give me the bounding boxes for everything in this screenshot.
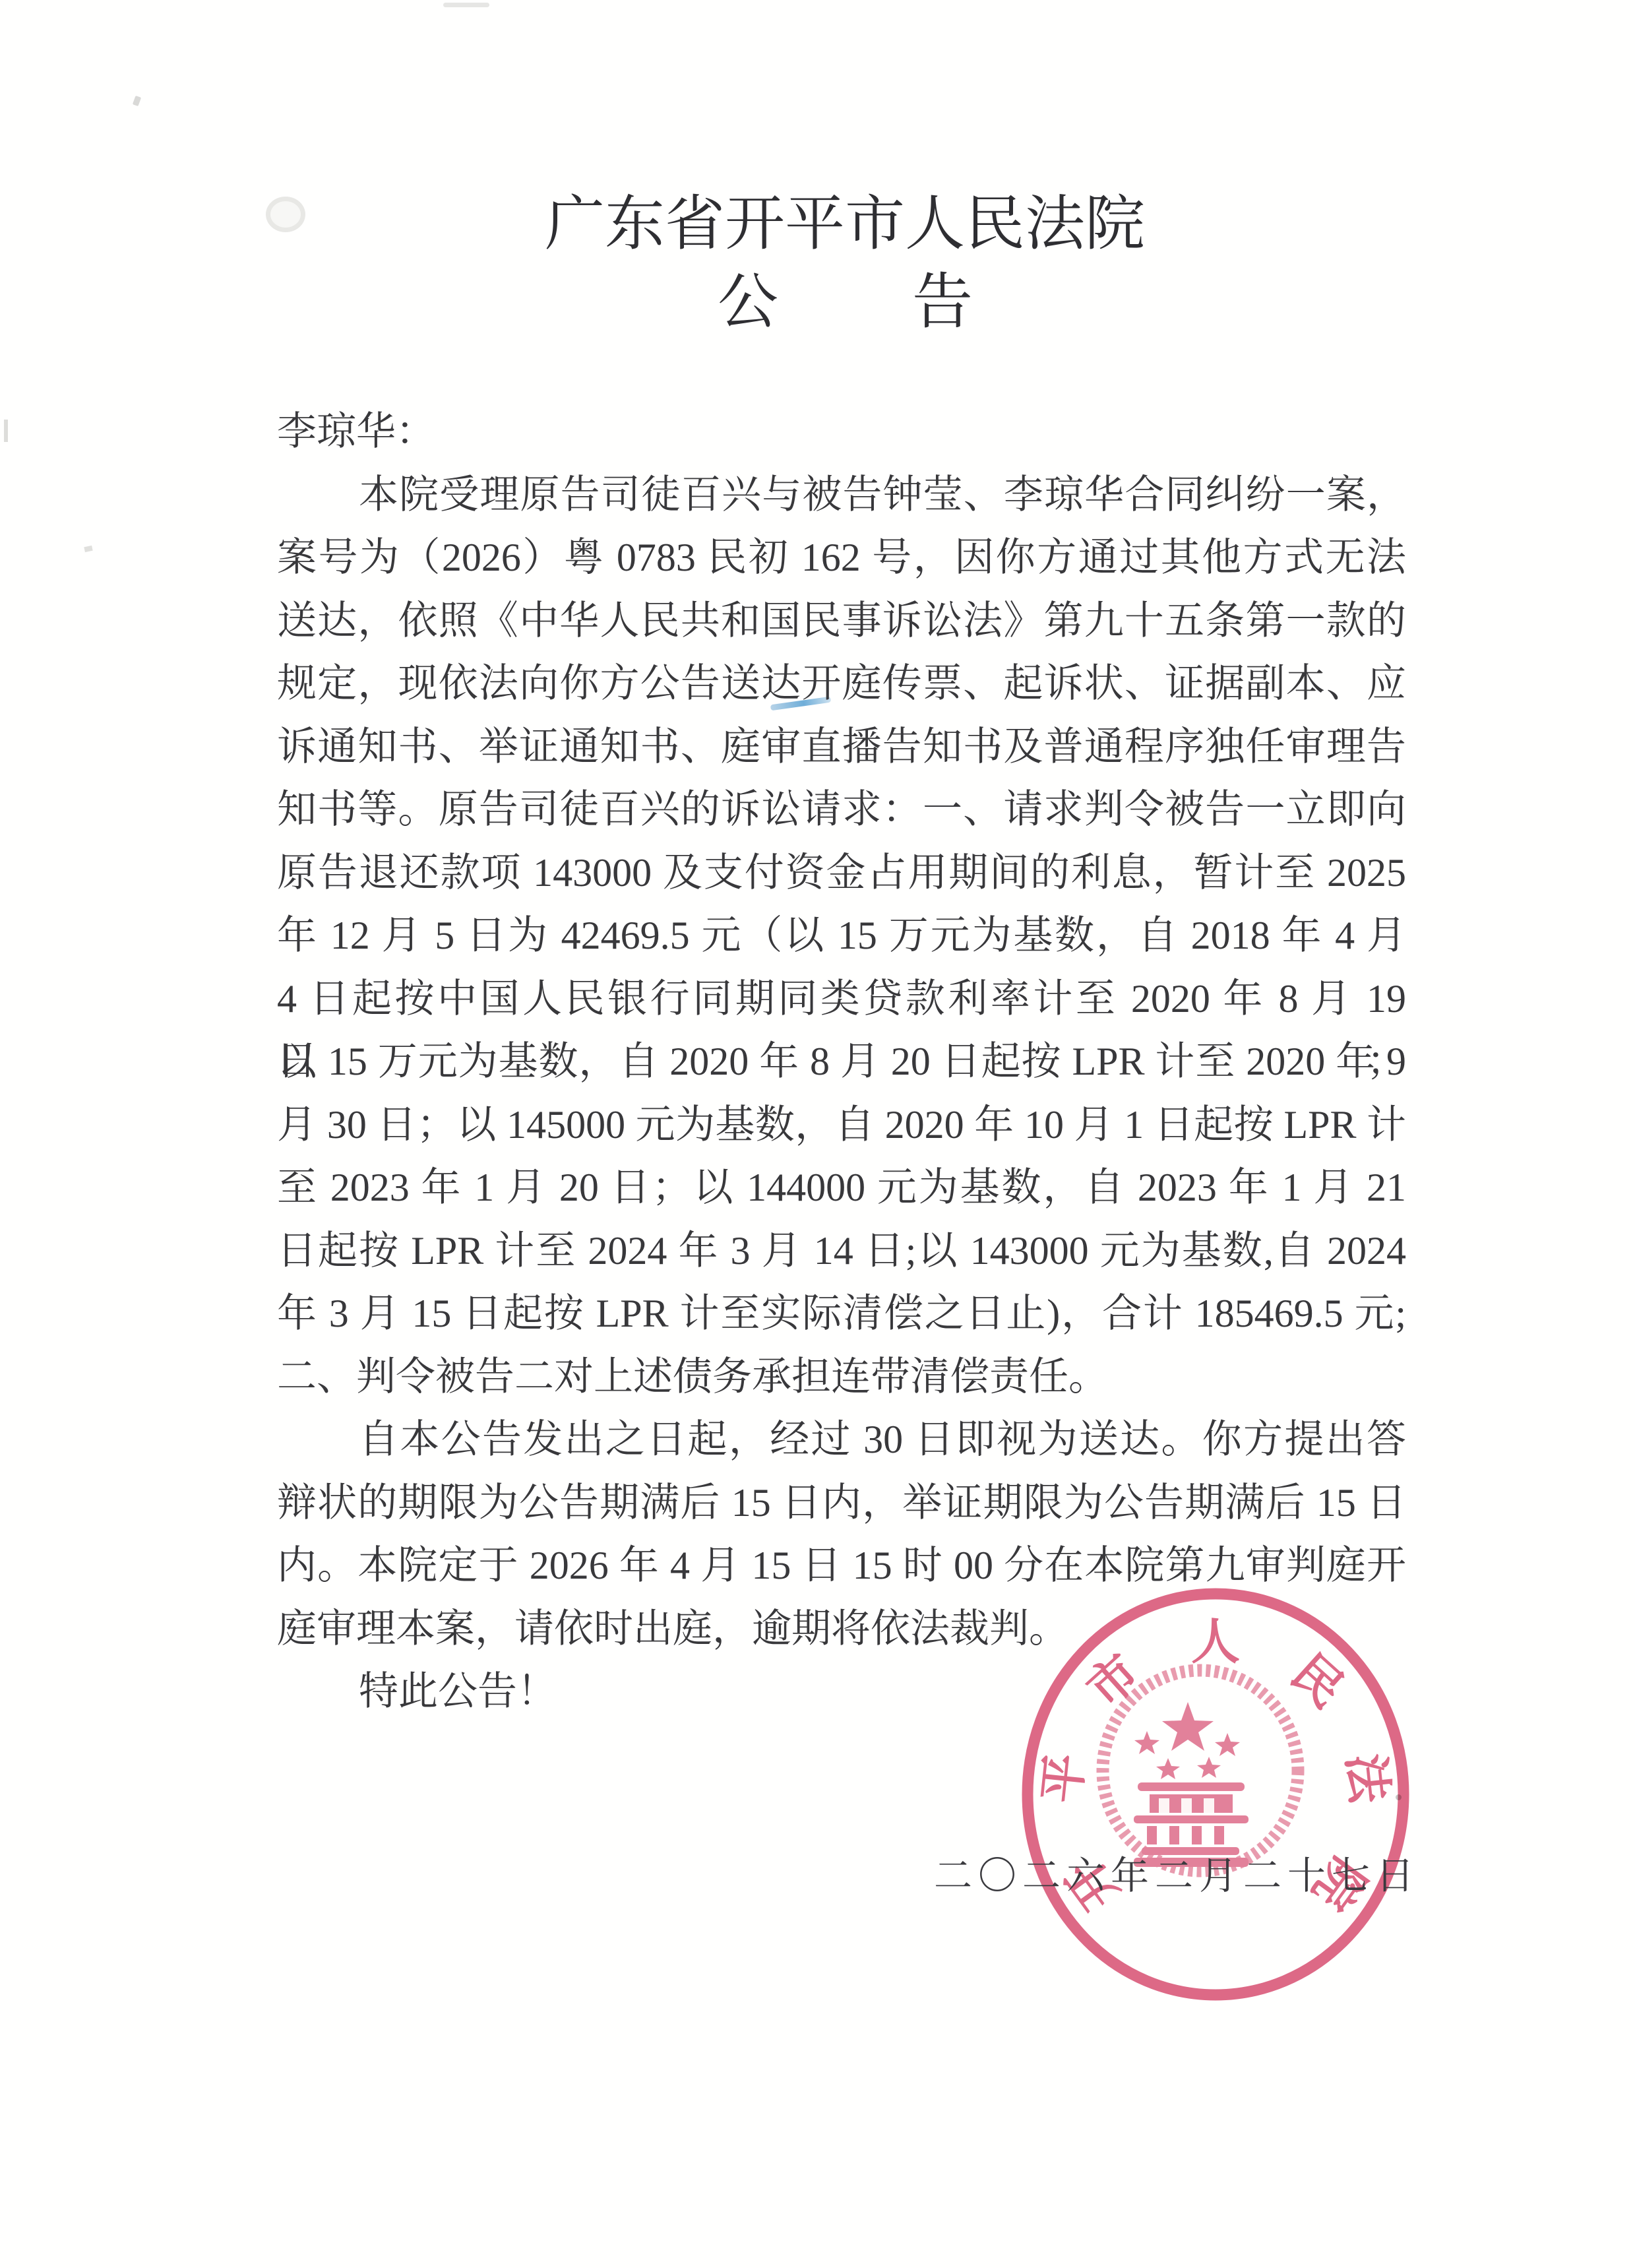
scan-artifact-speck bbox=[4, 420, 8, 442]
salutation: 李琼华： bbox=[277, 400, 1406, 464]
body-line: 二、判令被告二对上述债务承担连带清偿责任。 bbox=[277, 1346, 1406, 1409]
body-line: 本院受理原告司徒百兴与被告钟莹、李琼华合同纠纷一案， bbox=[277, 464, 1406, 527]
body-line: 诉通知书、举证通知书、庭审直播告知书及普通程序独任审理告 bbox=[277, 716, 1406, 779]
announcement-body: 李琼华： 本院受理原告司徒百兴与被告钟莹、李琼华合同纠纷一案， 案号为（2026… bbox=[277, 400, 1406, 1724]
seal-char: 民 bbox=[1281, 1645, 1353, 1718]
body-line: 知书等。原告司徒百兴的诉讼请求：一、请求判令被告一立即向 bbox=[277, 778, 1406, 842]
seal-char: 人 bbox=[1191, 1616, 1240, 1670]
body-line: 至 2023 年 1 月 20 日；以 144000 元为基数，自 2023 年… bbox=[277, 1156, 1406, 1220]
announcement-title-char-2: 告 bbox=[912, 269, 973, 336]
body-line: 辩状的期限为公告期满后 15 日内，举证期限为公告期满后 15 日 bbox=[277, 1472, 1406, 1535]
seal-char: 市 bbox=[1078, 1645, 1150, 1718]
seal-char: 平 bbox=[1035, 1751, 1094, 1806]
scan-artifact-smudge bbox=[266, 197, 305, 232]
announcement-title-char-1: 公 bbox=[718, 269, 778, 336]
court-name-title: 广东省开平市人民法院 bbox=[545, 191, 1145, 257]
announcement-date: 二〇二六年二月二十七日 bbox=[934, 1844, 1420, 1900]
body-line: 4 日起按中国人民银行同期同类贷款利率计至 2020 年 8 月 19 日； bbox=[277, 968, 1406, 1031]
body-line: 月 30 日；以 145000 元为基数，自 2020 年 10 月 1 日起按… bbox=[277, 1094, 1406, 1157]
body-line: 规定，现依法向你方公告送达开庭传票、起诉状、证据副本、应 bbox=[277, 652, 1406, 716]
scan-artifact-speck bbox=[133, 96, 141, 106]
body-line: 案号为（2026）粤 0783 民初 162 号，因你方通过其他方式无法 bbox=[277, 526, 1406, 590]
seal-char: 法 bbox=[1337, 1751, 1396, 1806]
body-line: 自本公告发出之日起，经过 30 日即视为送达。你方提出答 bbox=[277, 1408, 1406, 1472]
official-court-seal: 开 平 市 人 民 法 院 bbox=[1018, 1581, 1413, 2011]
body-line: 年 12 月 5 日为 42469.5 元（以 15 万元为基数，自 2018 … bbox=[277, 904, 1406, 968]
body-line: 以 15 万元为基数，自 2020 年 8 月 20 日起按 LPR 计至 20… bbox=[277, 1030, 1406, 1094]
announcement-title: 公 告 bbox=[718, 269, 973, 336]
body-line: 日起按 LPR 计至 2024 年 3 月 14 日;以 143000 元为基数… bbox=[277, 1220, 1406, 1283]
scanned-court-announcement-page: 广东省开平市人民法院 公 告 李琼华： 本院受理原告司徒百兴与被告钟莹、李琼华合… bbox=[0, 0, 1635, 2268]
body-line: 原告退还款项 143000 及支付资金占用期间的利息，暂计至 2025 bbox=[277, 842, 1406, 905]
scan-artifact-smudge bbox=[443, 3, 489, 7]
body-line: 送达，依照《中华人民共和国民事诉讼法》第九十五条第一款的 bbox=[277, 590, 1406, 653]
body-line: 年 3 月 15 日起按 LPR 计至实际清偿之日止)，合计 185469.5 … bbox=[277, 1282, 1406, 1346]
scan-artifact-speck bbox=[84, 546, 92, 552]
